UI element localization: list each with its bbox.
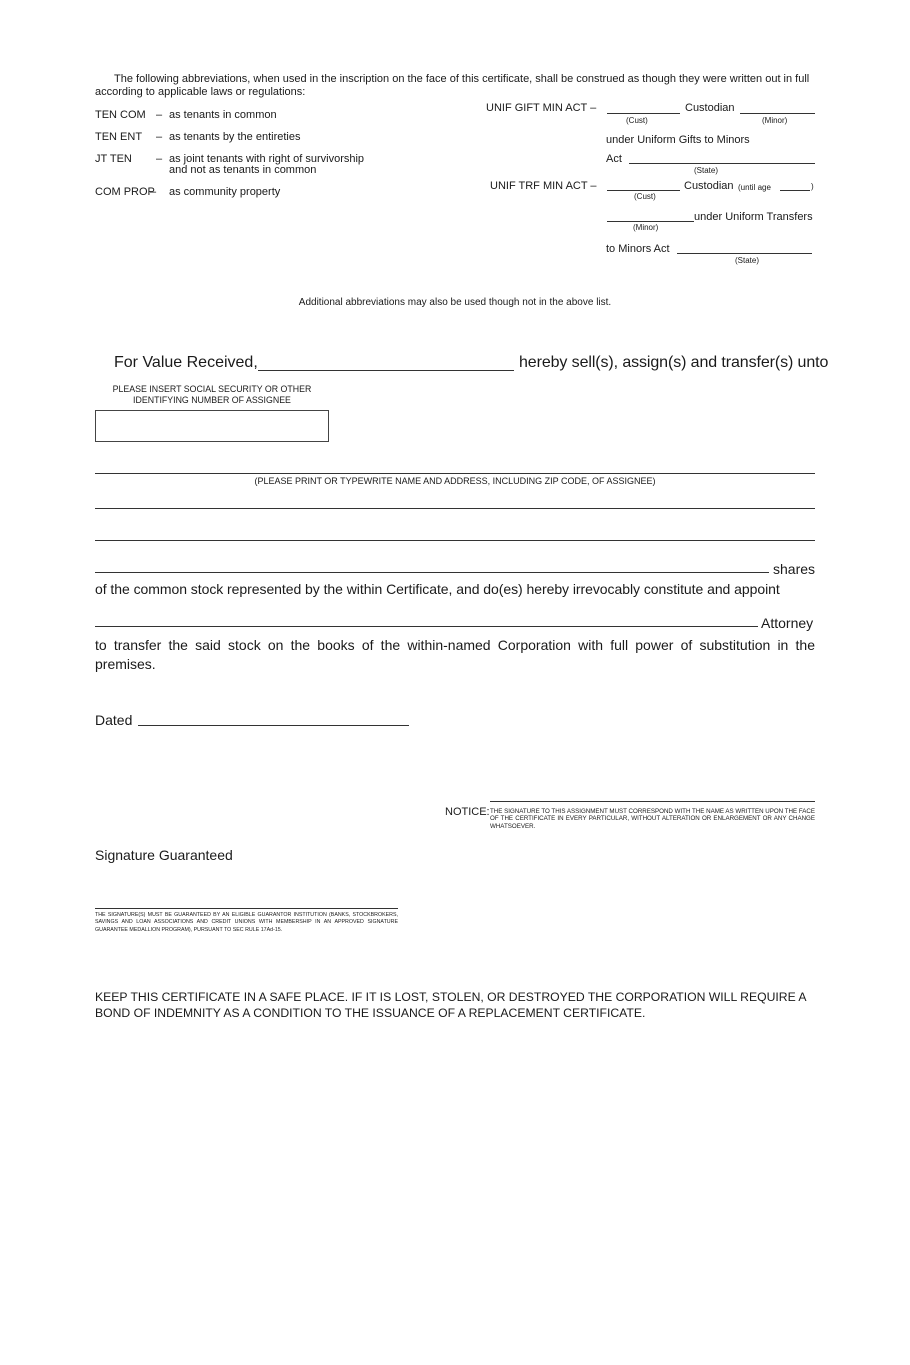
abbreviation-key: JT TEN [95, 153, 132, 165]
gift-act-label: UNIF GIFT MIN ACT – [486, 102, 596, 114]
abbreviation-dash: – [156, 109, 162, 121]
intro-paragraph: The following abbreviations, when used i… [95, 73, 815, 99]
ssn-label-line-2: IDENTIFYING NUMBER OF ASSIGNEE [95, 395, 329, 406]
gift-state-field[interactable] [629, 163, 815, 164]
abbreviation-key: TEN COM [95, 109, 146, 121]
abbreviation-value: as tenants by the entireties [169, 132, 300, 143]
ssn-label: PLEASE INSERT SOCIAL SECURITY OR OTHER I… [95, 384, 329, 406]
ssn-label-line-1: PLEASE INSERT SOCIAL SECURITY OR OTHER [95, 384, 329, 395]
signature-guarantee-text: THE SIGNATURE(S) MUST BE GUARANTEED BY A… [95, 912, 398, 934]
trf-minor-field[interactable] [607, 221, 694, 222]
gift-act-word: Act [606, 153, 622, 165]
trf-act-word: to Minors Act [606, 243, 670, 255]
assignee-name-line-1[interactable] [95, 473, 815, 474]
trf-custodian-label: Custodian [684, 180, 734, 192]
common-stock-text: of the common stock represented by the w… [95, 581, 815, 597]
gift-custodian-field[interactable] [607, 113, 680, 114]
trf-age-field[interactable] [780, 190, 810, 191]
abbreviation-value-continued: and not as tenants in common [169, 165, 316, 176]
trf-state-caption: (State) [735, 256, 759, 265]
signature-guaranteed-label: Signature Guaranteed [95, 847, 233, 863]
keep-safe-notice: KEEP THIS CERTIFICATE IN A SAFE PLACE. I… [95, 989, 820, 1021]
additional-abbreviations-note: Additional abbreviations may also be use… [0, 297, 910, 308]
assignee-name-caption: (PLEASE PRINT OR TYPEWRITE NAME AND ADDR… [95, 476, 815, 486]
abbreviation-key: COM PROP [95, 186, 155, 198]
assignee-address-line-2[interactable] [95, 508, 815, 509]
hereby-transfer-text: hereby sell(s), assign(s) and transfer(s… [519, 354, 828, 372]
gift-custodian-label: Custodian [685, 102, 735, 114]
trf-until-age-label: (until age [738, 183, 771, 192]
shares-label: shares [773, 561, 815, 577]
dated-field[interactable] [138, 725, 409, 726]
abbreviation-dash: – [150, 186, 156, 198]
ssn-input-box[interactable] [95, 410, 329, 442]
shares-field[interactable] [95, 572, 769, 573]
assignee-address-line-3[interactable] [95, 540, 815, 541]
attorney-field[interactable] [95, 626, 758, 627]
transfer-text: to transfer the said stock on the books … [95, 636, 815, 674]
trf-state-field[interactable] [677, 253, 812, 254]
signature-guarantee-line[interactable] [95, 908, 398, 909]
notice-text: THE SIGNATURE TO THIS ASSIGNMENT MUST CO… [490, 808, 815, 830]
gift-cust-caption: (Cust) [626, 116, 648, 125]
gift-minor-caption: (Minor) [762, 116, 787, 125]
attorney-label: Attorney [761, 615, 813, 631]
trf-custodian-field[interactable] [607, 190, 680, 191]
abbreviation-value: as community property [169, 187, 280, 198]
abbreviation-dash: – [156, 131, 162, 143]
abbreviation-value: as tenants in common [169, 110, 277, 121]
notice-label: NOTICE: [445, 806, 490, 818]
gift-state-caption: (State) [694, 166, 718, 175]
abbreviation-key: TEN ENT [95, 131, 142, 143]
abbreviation-dash: – [156, 153, 162, 165]
dated-label: Dated [95, 712, 132, 728]
trf-cust-caption: (Cust) [634, 192, 656, 201]
for-value-received-label: For Value Received, [114, 354, 258, 372]
trf-minor-caption: (Minor) [633, 223, 658, 232]
trf-under-text: under Uniform Transfers [694, 211, 813, 223]
gift-minor-field[interactable] [740, 113, 815, 114]
assignor-field[interactable] [258, 370, 514, 371]
signature-line[interactable] [490, 801, 815, 802]
trf-close-paren: ) [811, 182, 814, 191]
gift-under-text: under Uniform Gifts to Minors [606, 134, 750, 146]
trf-act-label: UNIF TRF MIN ACT – [490, 180, 597, 192]
